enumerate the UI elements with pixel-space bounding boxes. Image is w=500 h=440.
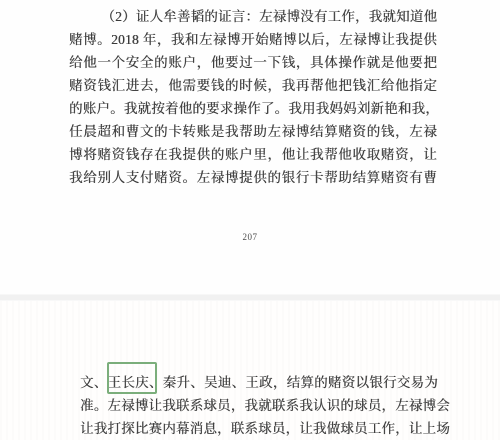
paragraph-line: 准。左禄博让我联系球员，我就联系我认识的球员，左禄博会 [80,394,438,417]
paragraph-line: 博将赌资钱存在我提供的账户里，他让我帮他收取赌资，让 [69,143,437,166]
paragraph-line: 让我打探比赛内幕消息，联系球员，让我做球员工作，让上场 [80,417,438,440]
paragraph-line: 赌资钱汇进去，他需要钱的时候，我再帮他把钱汇给他指定 [69,74,437,97]
paragraph-line: （2）证人牟善韬的证言：左禄博没有工作，我就知道他 [69,5,437,28]
paragraph-line: 的账户。我就按着他的要求操作了。我用我妈妈刘新艳和我， [69,97,437,120]
paragraph-line: 文、王长庆、秦升、吴迪、王政，结算的赌资以银行交易为 [80,371,438,394]
paragraph-line: 给他一个安全的账户，他要过一下钱，具体操作就是他要把 [69,51,437,74]
page-separator [0,294,500,301]
paragraph-line: 任晨超和曹文的卡转账是我帮助左禄博结算赌资的钱，左禄 [69,120,437,143]
paragraph-line: 赌博。2018 年，我和左禄博开始赌博以后，左禄博让我提供 [69,28,437,51]
testimony-paragraph: （2）证人牟善韬的证言：左禄博没有工作，我就知道他 赌博。2018 年，我和左禄… [69,5,437,189]
document-scan: （2）证人牟善韬的证言：左禄博没有工作，我就知道他 赌博。2018 年，我和左禄… [0,0,500,440]
page-bottom-fragment: 文、王长庆、秦升、吴迪、王政，结算的赌资以银行交易为 准。左禄博让我联系球员，我… [0,301,500,440]
testimony-paragraph-continued: 文、王长庆、秦升、吴迪、王政，结算的赌资以银行交易为 准。左禄博让我联系球员，我… [80,371,438,440]
page-number: 207 [0,232,500,242]
paragraph-line: 我给别人支付赌资。左禄博提供的银行卡帮助结算赌资有曹 [69,166,437,189]
page-top-fragment: （2）证人牟善韬的证言：左禄博没有工作，我就知道他 赌博。2018 年，我和左禄… [0,0,500,294]
